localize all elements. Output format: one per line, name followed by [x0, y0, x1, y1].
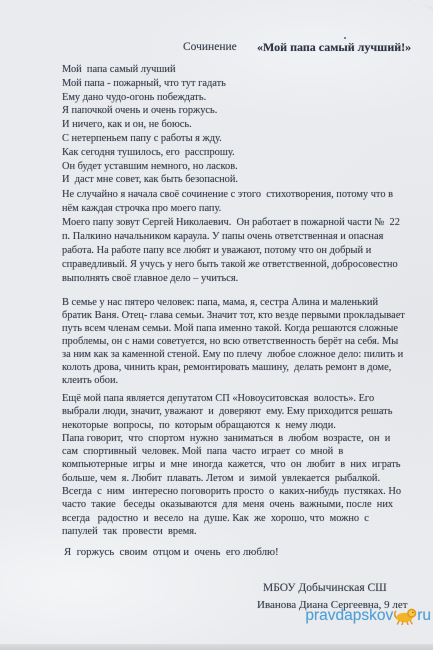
ink-dot [344, 37, 346, 39]
watermark-tld-text: ru [417, 607, 431, 625]
watermark: pravdapskov ru [305, 606, 431, 625]
poem-block: Мой папа самый лучший Мой папа - пожарны… [62, 63, 238, 187]
scanned-essay-page: Сочинение «Мой папа самый лучший!» Мой п… [0, 0, 433, 650]
closing-line: Я горжусь своим отцом и очень его люблю! [64, 546, 279, 558]
essay-title: «Мой папа самый лучший!» [257, 40, 411, 55]
paragraph-family: В семье у нас пятеро человек: папа, мама… [62, 296, 405, 387]
watermark-site-text: pravdapskov [305, 607, 393, 625]
paragraph-intro-and-father: Не случайно я начала своё сочинение с эт… [62, 188, 400, 286]
lion-icon [393, 606, 417, 625]
essay-type-label: Сочинение [183, 41, 237, 53]
signature-school: МБОУ Добычинская СШ [263, 582, 387, 594]
paragraph-deputy-and-hobbies: Ещё мой папа является депутатом СП «Ново… [62, 392, 401, 538]
scan-edge-strip [0, 644, 433, 650]
paper-crease [338, 0, 433, 16]
